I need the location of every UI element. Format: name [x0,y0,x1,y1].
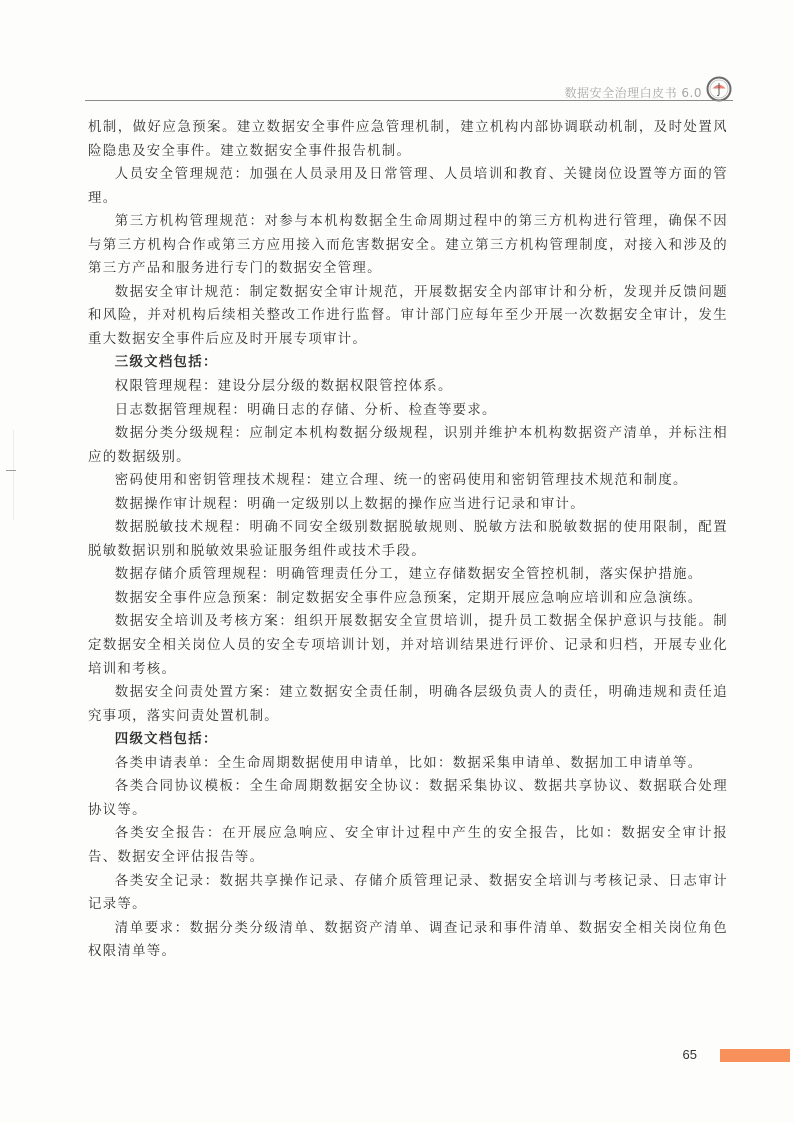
paragraph-security-reports: 各类安全报告：在开展应急响应、安全审计过程中产生的安全报告，比如：数据安全审计报… [88,822,728,869]
margin-tick-mark [6,470,16,471]
paragraph-continuation: 机制，做好应急预案。建立数据安全事件应急管理机制，建立机构内部协调联动机制，及时… [88,116,728,163]
paragraph-operation-audit: 数据操作审计规程：明确一定级别以上数据的操作应当进行记录和审计。 [88,493,728,517]
paragraph-log-rules: 日志数据管理规程：明确日志的存储、分析、检查等要求。 [88,399,728,423]
body-text: 机制，做好应急预案。建立数据安全事件应急管理机制，建立机构内部协调联动机制，及时… [88,116,728,964]
header-divider [85,100,733,101]
page-number: 65 [683,1047,697,1062]
heading-level-4-docs: 四级文档包括： [88,728,728,752]
heading-level-3-docs: 三级文档包括： [88,351,728,375]
paragraph-application-forms: 各类申请表单：全生命周期数据使用申请单，比如：数据采集申请单、数据加工申请单等。 [88,752,728,776]
paragraph-security-records: 各类安全记录：数据共享操作记录、存储介质管理记录、数据安全培训与考核记录、日志审… [88,870,728,917]
paragraph-permission-rules: 权限管理规程：建设分层分级的数据权限管控体系。 [88,375,728,399]
paragraph-storage-media: 数据存储介质管理规程：明确管理责任分工，建立存储数据安全管控机制，落实保护措施。 [88,563,728,587]
page-accent-bar [720,1049,790,1062]
paragraph-classification-rules: 数据分类分级规程：应制定本机构数据分级规程，识别并维护本机构数据资产清单，并标注… [88,422,728,469]
paragraph-training-plan: 数据安全培训及考核方案：组织开展数据安全宣贯培训，提升员工数据全保护意识与技能。… [88,610,728,681]
paragraph-emergency-plan: 数据安全事件应急预案：制定数据安全事件应急预案，定期开展应急响应培训和应急演练。 [88,587,728,611]
paragraph-audit-spec: 数据安全审计规范：制定数据安全审计规范，开展数据安全内部审计和分析，发现并反馈问… [88,281,728,352]
paragraph-third-party: 第三方机构管理规范：对参与本机构数据全生命周期过程中的第三方机构进行管理，确保不… [88,210,728,281]
page-footer: 65 [0,1046,794,1066]
paragraph-contract-templates: 各类合同协议模板：全生命周期数据安全协议：数据采集协议、数据共享协议、数据联合处… [88,775,728,822]
header-title: 数据安全治理白皮书 6.0 [565,84,702,101]
running-header: 数据安全治理白皮书 6.0 [0,72,794,112]
paragraph-accountability: 数据安全问责处置方案：建立数据安全责任制，明确各层级负责人的责任，明确违规和责任… [88,681,728,728]
paragraph-masking-rules: 数据脱敏技术规程：明确不同安全级别数据脱敏规则、脱敏方法和脱敏数据的使用限制，配… [88,516,728,563]
binding-guide-line [13,430,14,520]
umbrella-emblem-icon [706,76,732,102]
paragraph-list-requirements: 清单要求：数据分类分级清单、数据资产清单、调查记录和事件清单、数据安全相关岗位角… [88,917,728,964]
paragraph-crypto-rules: 密码使用和密钥管理技术规程：建立合理、统一的密码使用和密钥管理技术规范和制度。 [88,469,728,493]
paragraph-personnel-security: 人员安全管理规范：加强在人员录用及日常管理、人员培训和教育、关键岗位设置等方面的… [88,163,728,210]
